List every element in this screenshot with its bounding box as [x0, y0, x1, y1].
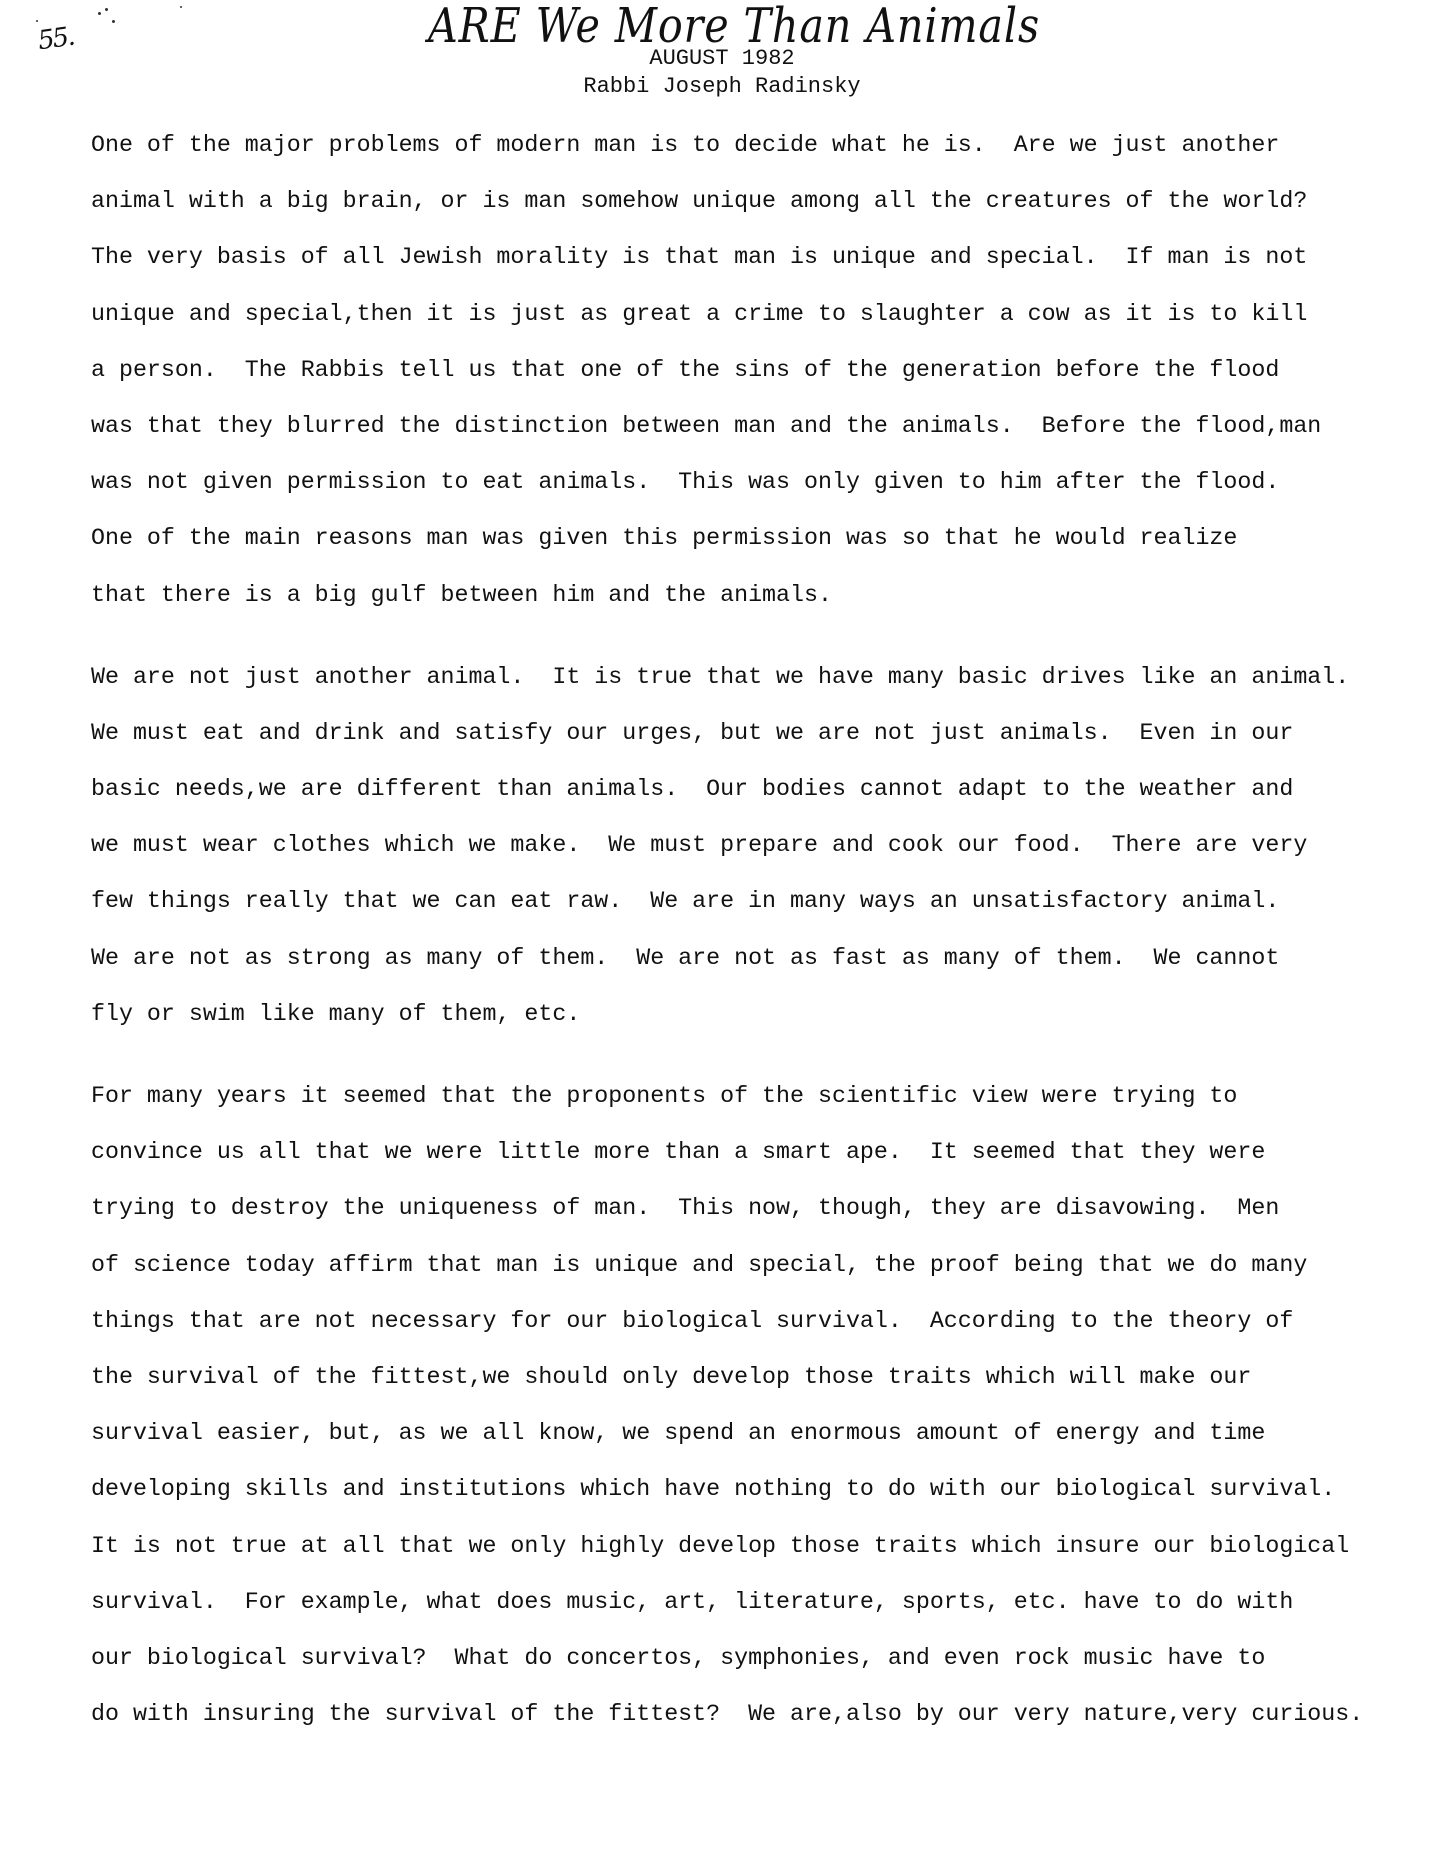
text-line: The very basis of all Jewish morality is… [91, 229, 1411, 285]
text-line: we must wear clothes which we make. We m… [91, 817, 1411, 873]
text-line: do with insuring the survival of the fit… [91, 1686, 1411, 1742]
text-line: trying to destroy the uniqueness of man.… [91, 1180, 1411, 1236]
paragraph: We are not just another animal. It is tr… [91, 649, 1411, 1042]
text-line: the survival of the fittest,we should on… [91, 1349, 1411, 1405]
paragraph: One of the major problems of modern man … [91, 117, 1411, 623]
text-line: One of the main reasons man was given th… [91, 510, 1411, 566]
scan-speck [36, 20, 38, 22]
text-line: fly or swim like many of them, etc. [91, 986, 1411, 1042]
scan-speck [180, 6, 182, 8]
text-line: unique and special,then it is just as gr… [91, 286, 1411, 342]
text-line: few things really that we can eat raw. W… [91, 873, 1411, 929]
text-line: survival easier, but, as we all know, we… [91, 1405, 1411, 1461]
text-line: things that are not necessary for our bi… [91, 1293, 1411, 1349]
text-line: a person. The Rabbis tell us that one of… [91, 342, 1411, 398]
text-line: One of the major problems of modern man … [91, 117, 1411, 173]
text-line: that there is a big gulf between him and… [91, 567, 1411, 623]
scan-speck [98, 12, 101, 15]
text-line: We are not just another animal. It is tr… [91, 649, 1411, 705]
text-line: animal with a big brain, or is man someh… [91, 173, 1411, 229]
scan-speck [112, 20, 115, 23]
text-line: survival. For example, what does music, … [91, 1574, 1411, 1630]
document-body: One of the major problems of modern man … [91, 117, 1411, 1768]
text-line: We must eat and drink and satisfy our ur… [91, 705, 1411, 761]
text-line: For many years it seemed that the propon… [91, 1068, 1411, 1124]
text-line: basic needs,we are different than animal… [91, 761, 1411, 817]
text-line: was that they blurred the distinction be… [91, 398, 1411, 454]
text-line: We are not as strong as many of them. We… [91, 930, 1411, 986]
text-line: convince us all that we were little more… [91, 1124, 1411, 1180]
text-line: developing skills and institutions which… [91, 1461, 1411, 1517]
text-line: was not given permission to eat animals.… [91, 454, 1411, 510]
text-line: our biological survival? What do concert… [91, 1630, 1411, 1686]
text-line: of science today affirm that man is uniq… [91, 1237, 1411, 1293]
paragraph: For many years it seemed that the propon… [91, 1068, 1411, 1742]
document-date: AUGUST 1982 [0, 46, 1430, 71]
scan-speck [105, 8, 108, 11]
text-line: It is not true at all that we only highl… [91, 1518, 1411, 1574]
document-page: 55. ARE We More Than Animals AUGUST 1982… [0, 0, 1430, 1851]
document-author: Rabbi Joseph Radinsky [0, 74, 1430, 99]
